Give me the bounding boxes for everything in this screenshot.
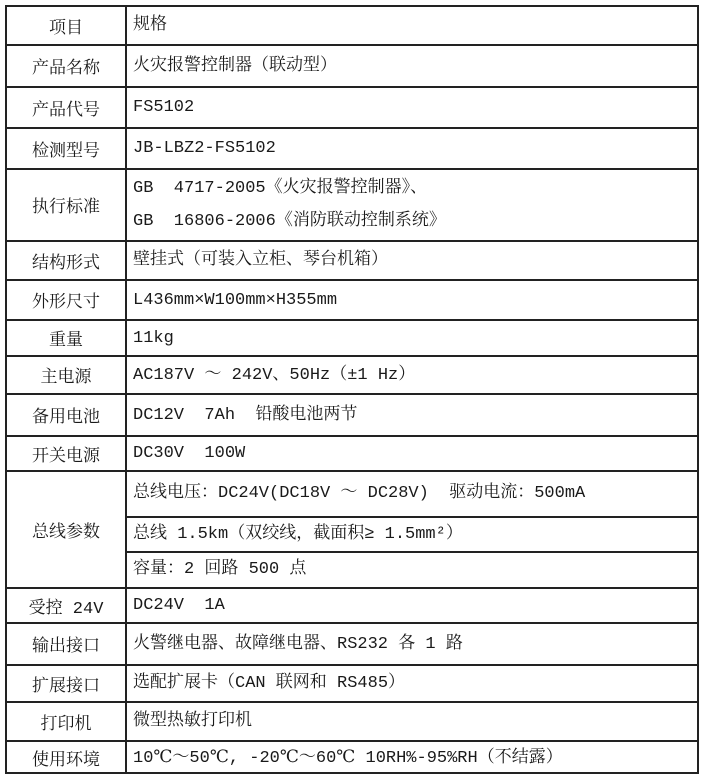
spec-value-cell: JB-LBZ2-FS5102 [127, 129, 697, 168]
table-row: 打印机微型热敏打印机 [7, 701, 697, 740]
spec-text-line: GB 16806-2006《消防联动控制系统》 [133, 205, 697, 238]
spec-item-label: 使用环境 [7, 742, 127, 774]
spec-value-cell: 10℃～50℃, -20℃～60℃ 10RH%-95%RH（不结露） [127, 742, 697, 774]
spec-value-cell: 11kg [127, 321, 697, 355]
header-spec-label: 规格 [133, 9, 697, 42]
spec-value-cell: 总线电压：DC24V(DC18V ～ DC28V) 驱动电流：500mA总线 1… [127, 472, 697, 587]
spec-subcell: 容量：2 回路 500 点 [127, 551, 697, 587]
spec-subcell: DC12V 7Ah 铅酸电池两节 [127, 395, 697, 435]
spec-text-line: 总线电压：DC24V(DC18V ～ DC28V) 驱动电流：500mA [133, 477, 697, 510]
spec-subcell: GB 4717-2005《火灾报警控制器》、GB 16806-2006《消防联动… [127, 170, 697, 240]
spec-item-label: 主电源 [7, 357, 127, 393]
spec-text-line: 火灾报警控制器（联动型） [133, 50, 697, 83]
spec-item-label: 执行标准 [7, 170, 127, 240]
spec-text-line: AC187V ～ 242V、50Hz（±1 Hz） [133, 359, 697, 392]
table-header-row: 项目 规格 [7, 7, 697, 44]
spec-item-label: 备用电池 [7, 395, 127, 435]
product-spec-table: 项目 规格 产品名称火灾报警控制器（联动型）产品代号FS5102检测型号JB-L… [5, 5, 699, 774]
table-row: 开关电源DC30V 100W [7, 435, 697, 470]
table-row: 输出接口火警继电器、故障继电器、RS232 各 1 路 [7, 622, 697, 664]
spec-text-line: 总线 1.5km（双绞线，截面积≥ 1.5mm²） [133, 518, 697, 551]
spec-subcell: 总线电压：DC24V(DC18V ～ DC28V) 驱动电流：500mA [127, 472, 697, 516]
spec-subcell: 11kg [127, 321, 697, 355]
spec-text-line: 10℃～50℃, -20℃～60℃ 10RH%-95%RH（不结露） [133, 742, 697, 774]
spec-subcell: L436mm×W100mm×H355mm [127, 281, 697, 319]
table-row: 外形尺寸L436mm×W100mm×H355mm [7, 279, 697, 319]
spec-item-label: 检测型号 [7, 129, 127, 168]
spec-item-label: 重量 [7, 321, 127, 355]
table-row: 使用环境10℃～50℃, -20℃～60℃ 10RH%-95%RH（不结露） [7, 740, 697, 774]
spec-item-label: 扩展接口 [7, 666, 127, 701]
spec-value-cell: 选配扩展卡（CAN 联网和 RS485） [127, 666, 697, 701]
spec-text-line: JB-LBZ2-FS5102 [133, 132, 697, 165]
table-row: 执行标准GB 4717-2005《火灾报警控制器》、GB 16806-2006《… [7, 168, 697, 240]
spec-text-line: L436mm×W100mm×H355mm [133, 284, 697, 317]
header-item-cell: 项目 [7, 7, 127, 44]
spec-value-cell: FS5102 [127, 88, 697, 127]
table-row: 主电源AC187V ～ 242V、50Hz（±1 Hz） [7, 355, 697, 393]
spec-item-label: 受控 24V [7, 589, 127, 622]
spec-item-label: 外形尺寸 [7, 281, 127, 319]
spec-subcell: 微型热敏打印机 [127, 703, 697, 740]
spec-item-label: 结构形式 [7, 242, 127, 279]
spec-item-label: 总线参数 [7, 472, 127, 587]
spec-value-cell: DC12V 7Ah 铅酸电池两节 [127, 395, 697, 435]
spec-text-line: 微型热敏打印机 [133, 705, 697, 738]
spec-subcell: AC187V ～ 242V、50Hz（±1 Hz） [127, 357, 697, 393]
spec-subcell: 总线 1.5km（双绞线，截面积≥ 1.5mm²） [127, 516, 697, 551]
table-row: 检测型号JB-LBZ2-FS5102 [7, 127, 697, 168]
spec-value-cell: GB 4717-2005《火灾报警控制器》、GB 16806-2006《消防联动… [127, 170, 697, 240]
spec-value-cell: 火警继电器、故障继电器、RS232 各 1 路 [127, 624, 697, 664]
spec-text-line: 选配扩展卡（CAN 联网和 RS485） [133, 667, 697, 700]
spec-item-label: 打印机 [7, 703, 127, 740]
spec-subcell: 火灾报警控制器（联动型） [127, 46, 697, 86]
spec-subcell: 火警继电器、故障继电器、RS232 各 1 路 [127, 624, 697, 664]
header-spec-cell: 规格 [127, 7, 697, 44]
table-row: 备用电池DC12V 7Ah 铅酸电池两节 [7, 393, 697, 435]
table-row: 重量11kg [7, 319, 697, 355]
spec-subcell: 壁挂式（可装入立柜、琴台机箱） [127, 242, 697, 279]
table-row: 产品名称火灾报警控制器（联动型） [7, 44, 697, 86]
spec-value-cell: 壁挂式（可装入立柜、琴台机箱） [127, 242, 697, 279]
spec-subcell: FS5102 [127, 88, 697, 127]
spec-value-cell: AC187V ～ 242V、50Hz（±1 Hz） [127, 357, 697, 393]
spec-value-cell: 火灾报警控制器（联动型） [127, 46, 697, 86]
spec-subcell: 选配扩展卡（CAN 联网和 RS485） [127, 666, 697, 701]
spec-subcell: DC24V 1A [127, 589, 697, 622]
table-row: 结构形式壁挂式（可装入立柜、琴台机箱） [7, 240, 697, 279]
spec-item-label: 产品代号 [7, 88, 127, 127]
spec-value-cell: L436mm×W100mm×H355mm [127, 281, 697, 319]
table-row: 总线参数总线电压：DC24V(DC18V ～ DC28V) 驱动电流：500mA… [7, 470, 697, 587]
spec-item-label: 输出接口 [7, 624, 127, 664]
spec-text-line: 火警继电器、故障继电器、RS232 各 1 路 [133, 628, 697, 661]
spec-text-line: 壁挂式（可装入立柜、琴台机箱） [133, 244, 697, 277]
spec-text-line: 11kg [133, 322, 697, 355]
spec-text-line: DC12V 7Ah 铅酸电池两节 [133, 399, 697, 432]
spec-value-cell: 微型热敏打印机 [127, 703, 697, 740]
spec-item-label: 开关电源 [7, 437, 127, 470]
spec-item-label: 产品名称 [7, 46, 127, 86]
spec-value-cell: DC24V 1A [127, 589, 697, 622]
spec-subcell: DC30V 100W [127, 437, 697, 470]
spec-subcell: 10℃～50℃, -20℃～60℃ 10RH%-95%RH（不结露） [127, 742, 697, 774]
spec-text-line: 容量：2 回路 500 点 [133, 553, 697, 586]
table-row: 产品代号FS5102 [7, 86, 697, 127]
spec-text-line: FS5102 [133, 91, 697, 124]
spec-subcell: JB-LBZ2-FS5102 [127, 129, 697, 168]
spec-text-line: GB 4717-2005《火灾报警控制器》、 [133, 172, 697, 205]
spec-subcell: 规格 [127, 7, 697, 44]
spec-value-cell: DC30V 100W [127, 437, 697, 470]
spec-text-line: DC30V 100W [133, 437, 697, 470]
spec-text-line: DC24V 1A [133, 589, 697, 622]
table-row: 受控 24VDC24V 1A [7, 587, 697, 622]
table-row: 扩展接口选配扩展卡（CAN 联网和 RS485） [7, 664, 697, 701]
